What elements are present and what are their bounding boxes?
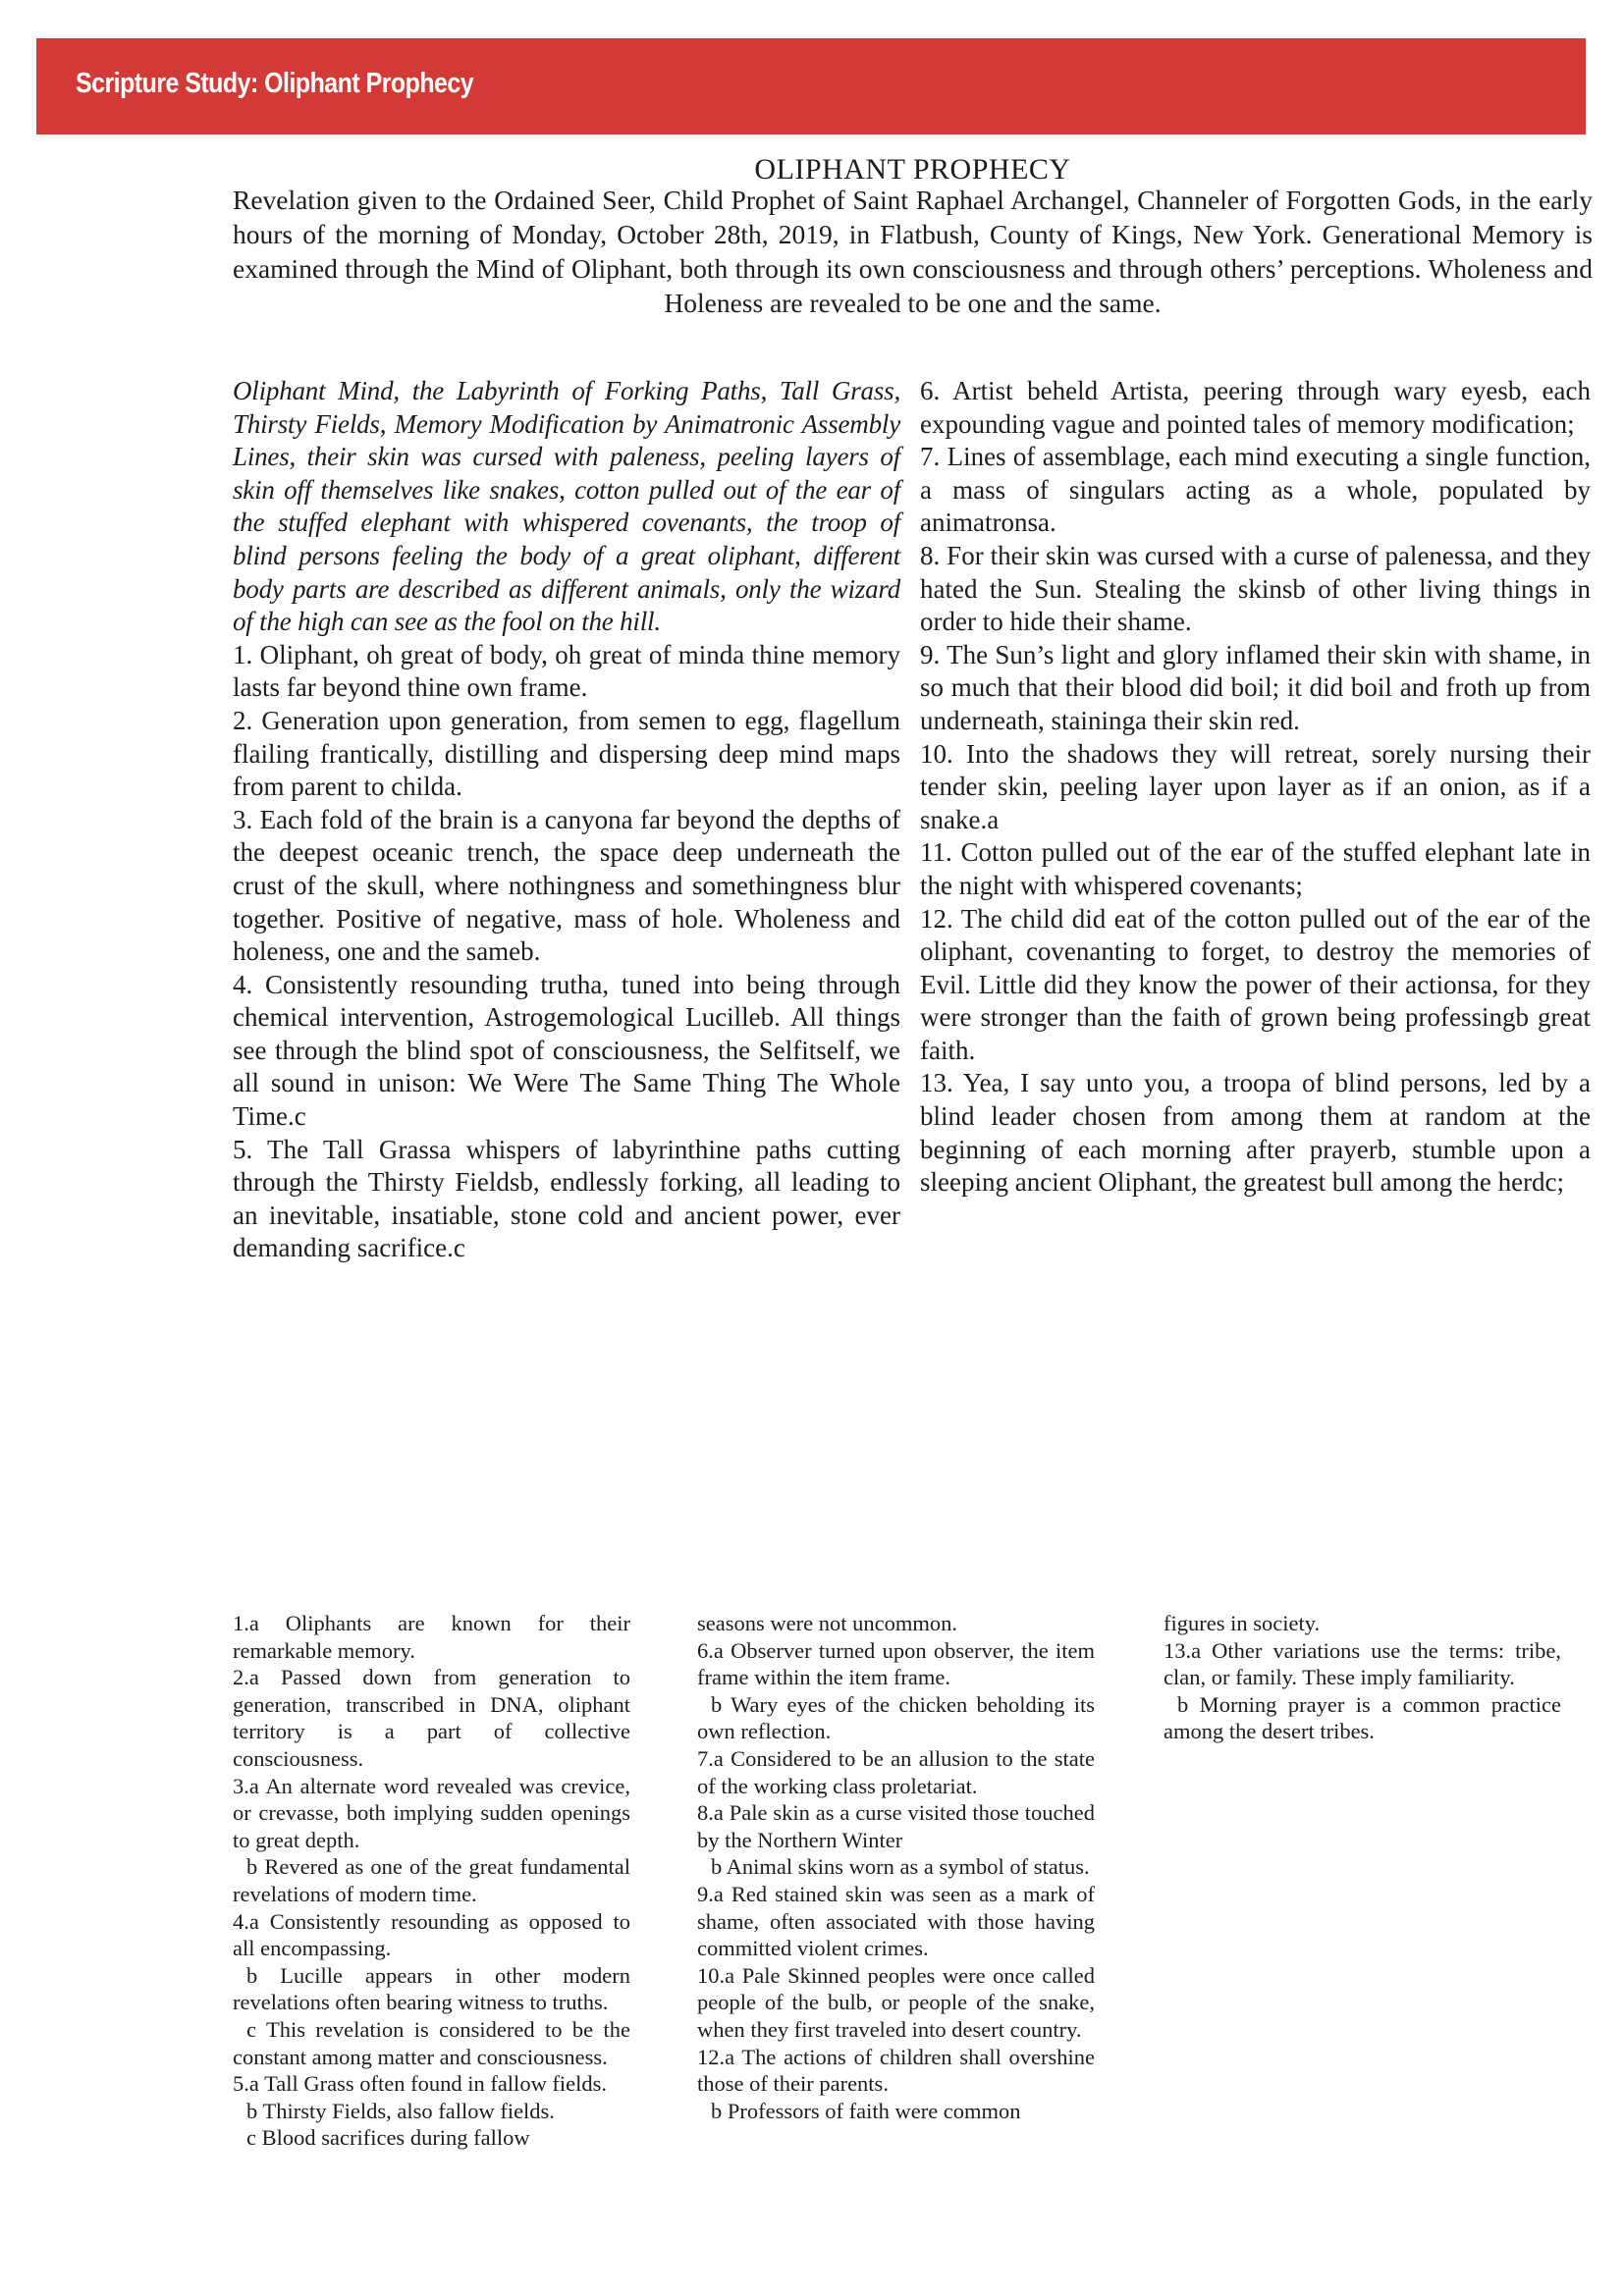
verse-6: 6. Artist beheld Artista, peering throug… xyxy=(920,375,1591,441)
footnote: b Animal skins worn as a symbol of statu… xyxy=(697,1853,1095,1881)
document-title: OLIPHANT PROPHECY xyxy=(233,153,1593,187)
footnotes: 1.a Oliphants are known for their remark… xyxy=(233,1610,1593,2277)
footnote: 7.a Considered to be an allusion to the … xyxy=(697,1745,1095,1799)
body-column-left: Oliphant Mind, the Labyrinth of Forking … xyxy=(233,375,900,1265)
verse-8: 8. For their skin was cursed with a curs… xyxy=(920,540,1591,639)
verse-9: 9. The Sun’s light and glory inflamed th… xyxy=(920,639,1591,738)
verse-3: 3. Each fold of the brain is a canyona f… xyxy=(233,804,900,969)
verse-4: 4. Consistently resounding trutha, tuned… xyxy=(233,969,900,1134)
footnote-column-3: figures in society. 13.a Other variation… xyxy=(1164,1610,1561,1745)
verse-13: 13. Yea, I say unto you, a troopa of bli… xyxy=(920,1067,1591,1199)
footnote: 6.a Observer turned upon observ­er, the … xyxy=(697,1637,1095,1691)
footnote: c This revelation is considered to be th… xyxy=(233,2016,630,2070)
footnote: 13.a Other variations use the terms: tri… xyxy=(1164,1637,1561,1691)
footnote: seasons were not uncommon. xyxy=(697,1610,1095,1637)
footnote: b Wary eyes of the chicken behold­ing it… xyxy=(697,1691,1095,1745)
intro-paragraph: Revelation given to the Ordained Seer, C… xyxy=(233,183,1593,320)
body-column-right: 6. Artist beheld Artista, peering throug… xyxy=(920,375,1591,1200)
footnote: 4.a Consistently resounding as op­posed … xyxy=(233,1908,630,1962)
footnote: b Revered as one of the great fun­dament… xyxy=(233,1853,630,1907)
epigraph: Oliphant Mind, the Labyrinth of Forking … xyxy=(233,375,900,639)
footnote: 2.a Passed down from generation to gener… xyxy=(233,1664,630,1772)
verse-12: 12. The child did eat of the cotton pull… xyxy=(920,903,1591,1068)
verse-5: 5. The Tall Grassa whispers of labyrinth… xyxy=(233,1134,900,1265)
footnote: 8.a Pale skin as a curse visited those t… xyxy=(697,1799,1095,1853)
footnote-column-1: 1.a Oliphants are known for their remark… xyxy=(233,1610,630,2152)
footnote: b Professors of faith were common xyxy=(697,2098,1095,2125)
footnote: c Blood sacrifices during fallow xyxy=(233,2124,630,2152)
verse-2: 2. Generation upon generation, from seme… xyxy=(233,705,900,804)
footnote: b Thirsty Fields, also fallow fields. xyxy=(233,2098,630,2125)
section-title: Scripture Study: Oliphant Prophecy xyxy=(76,68,473,100)
footnote-column-2: seasons were not uncommon. 6.a Observer … xyxy=(697,1610,1095,2124)
footnote: 5.a Tall Grass often found in fallow fie… xyxy=(233,2070,630,2098)
verse-7: 7. Lines of assemblage, each mind execut… xyxy=(920,441,1591,540)
footnote: 1.a Oliphants are known for their remark… xyxy=(233,1610,630,1664)
footnote: b Lucille appears in other modern revela… xyxy=(233,1962,630,2016)
verse-10: 10. Into the shadows they will retreat, … xyxy=(920,738,1591,837)
footnote: figures in society. xyxy=(1164,1610,1561,1637)
verse-11: 11. Cotton pulled out of the ear of the … xyxy=(920,836,1591,902)
footnote: 10.a Pale Skinned peoples were once call… xyxy=(697,1962,1095,2044)
footnote: 9.a Red stained skin was seen as a mark … xyxy=(697,1881,1095,1962)
header-bar: Scripture Study: Oliphant Prophecy xyxy=(36,38,1586,134)
footnote: 3.a An alternate word revealed was crevi… xyxy=(233,1773,630,1854)
footnote: b Morning prayer is a common practice am… xyxy=(1164,1691,1561,1745)
verse-1: 1. Oliphant, oh great of body, oh great … xyxy=(233,639,900,705)
footnote: 12.a The actions of children shall overs… xyxy=(697,2044,1095,2098)
